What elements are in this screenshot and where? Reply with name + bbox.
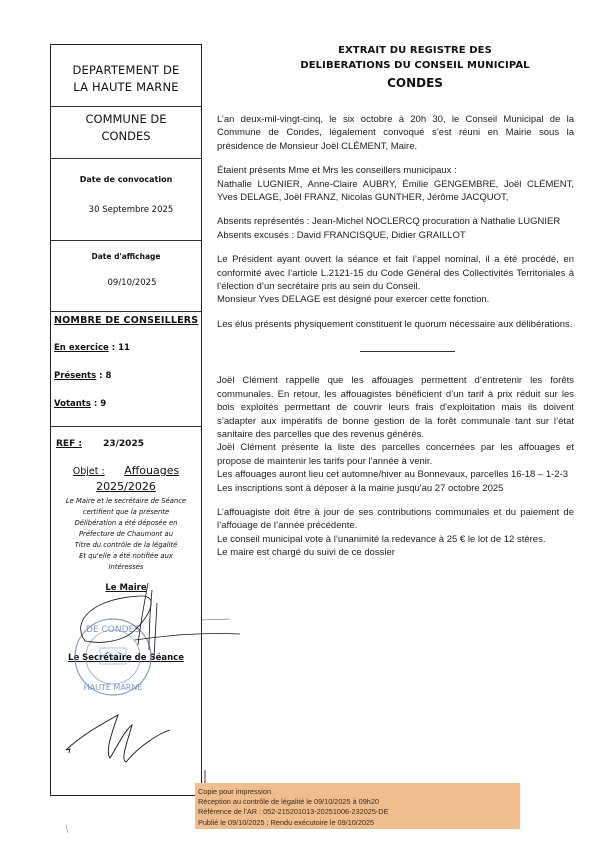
- liste-paragraph: Joël Clément présente la liste des parce…: [217, 441, 574, 468]
- convocation-label: Date de convocation: [51, 175, 201, 184]
- vote-line: Le conseil municipal vote à l’unanimité …: [217, 533, 574, 546]
- conseillers-title: NOMBRE DE CONSEILLERS: [54, 315, 198, 326]
- header-line-1: EXTRAIT DU REGISTRE DES: [250, 43, 580, 58]
- secretaire-label: Le Secrétaire de Séance: [51, 653, 201, 663]
- suivi-line: Le maire est chargé du suivi de ce dossi…: [217, 546, 574, 559]
- votants-label: Votants: [54, 399, 91, 409]
- reference: REF : 23/2025: [56, 439, 144, 449]
- en-exercice-row: En exercice : 11: [54, 343, 130, 353]
- certification-line: certifient que la présente: [54, 507, 198, 518]
- section-divider: [360, 351, 455, 352]
- divider: [51, 311, 201, 312]
- deliberation-body: L’an deux-mil-vingt-cinq, le six octobre…: [217, 113, 574, 560]
- left-margin-panel: DEPARTEMENT DE LA HAUTE MARNE COMMUNE DE…: [50, 44, 202, 796]
- stamp-line-reference: Référence de l'AR : 052-215201013-202510…: [198, 807, 520, 817]
- designation-line: Monsieur Yves DELAGE est désigné pour ex…: [217, 293, 574, 306]
- commune-line-1: COMMUNE DE: [51, 111, 201, 128]
- certification-line: Titre du contrôle de la légalité: [54, 540, 198, 551]
- affouagiste-paragraph: L’affouagiste doit être à jour de ses co…: [217, 506, 574, 533]
- votants-value: : 9: [94, 399, 106, 409]
- objet-year: 2025/2026: [51, 479, 201, 494]
- stamp-line-reception: Réception au contrôle de légalité le 09/…: [198, 797, 520, 807]
- department-heading: DEPARTEMENT DE LA HAUTE MARNE: [51, 62, 201, 96]
- convocation-date: 30 Septembre 2025: [51, 205, 201, 215]
- certification-line: Le Maire et le secrétaire de Séance: [54, 496, 198, 507]
- presents-names: Nathalie LUGNIER, Anne-Claire AUBRY, Émi…: [217, 178, 574, 205]
- commune-line-2: CONDES: [51, 128, 201, 145]
- connector-line: [202, 619, 230, 620]
- certification-line: Préfecture de Chaumont au: [54, 529, 198, 540]
- absents-excuses: Absents excusés : David FRANCISQUE, Didi…: [217, 229, 574, 242]
- scan-mark: [66, 825, 68, 833]
- department-line-1: DEPARTEMENT DE: [51, 62, 201, 79]
- divider: [51, 158, 201, 159]
- quorum-paragraph: Les élus présents physiquement constitue…: [217, 318, 574, 331]
- header-line-2: DELIBERATIONS DU CONSEIL MUNICIPAL: [250, 58, 580, 73]
- divider: [51, 240, 201, 241]
- absents-representes: Absents représentés : Jean-Michel NOCLER…: [217, 215, 574, 228]
- commune-title: CONDES: [250, 74, 580, 92]
- affichage-label: Date d'affichage: [51, 252, 201, 261]
- en-exercice-value: : 11: [112, 343, 130, 353]
- en-exercice-label: En exercice: [54, 343, 109, 353]
- secretaire-paragraph: Le Président ayant ouvert la séance et f…: [217, 253, 574, 293]
- department-line-2: LA HAUTE MARNE: [51, 79, 201, 96]
- reference-label: REF :: [56, 439, 82, 449]
- intro-paragraph: L’an deux-mil-vingt-cinq, le six octobre…: [217, 113, 574, 153]
- presents-intro: Étaient présents Mme et Mrs les conseill…: [217, 164, 574, 177]
- inscriptions-line: Les inscriptions sont à déposer à la mai…: [217, 482, 574, 495]
- commune-heading: COMMUNE DE CONDES: [51, 111, 201, 145]
- divider: [51, 106, 201, 107]
- objet-label: Objet :: [73, 466, 105, 477]
- votants-row: Votants : 9: [54, 399, 106, 409]
- certification-line: Intéressés: [54, 562, 198, 573]
- rappel-paragraph: Joël Clément rappelle que les affouages …: [217, 374, 574, 441]
- objet: Objet : Affouages 2025/2026: [51, 463, 201, 494]
- affichage-date: 09/10/2025: [51, 278, 201, 288]
- presents-value: : 8: [99, 371, 111, 381]
- reference-value: 23/2025: [103, 439, 144, 449]
- certification-line: Délibération a été déposée en: [54, 518, 198, 529]
- objet-value: Affouages: [124, 464, 179, 477]
- document-header: EXTRAIT DU REGISTRE DES DELIBERATIONS DU…: [250, 43, 580, 92]
- divider: [51, 426, 201, 427]
- legality-stamp: Copie pour impression Réception au contr…: [195, 783, 520, 829]
- certification-text: Le Maire et le secrétaire de Séance cert…: [51, 496, 201, 573]
- stamp-line-copy: Copie pour impression: [198, 787, 520, 797]
- stamp-line-publication: Publié le 09/10/2025 ; Rendu exécutoire …: [198, 818, 520, 828]
- lieu-paragraph: Les affouages auront lieu cet automne/hi…: [217, 468, 574, 481]
- presents-label: Présents: [54, 371, 96, 381]
- certification-line: Et qu'elle a été notifiée aux: [54, 551, 198, 562]
- presents-row: Présents : 8: [54, 371, 111, 381]
- maire-label: Le Maire: [51, 583, 201, 593]
